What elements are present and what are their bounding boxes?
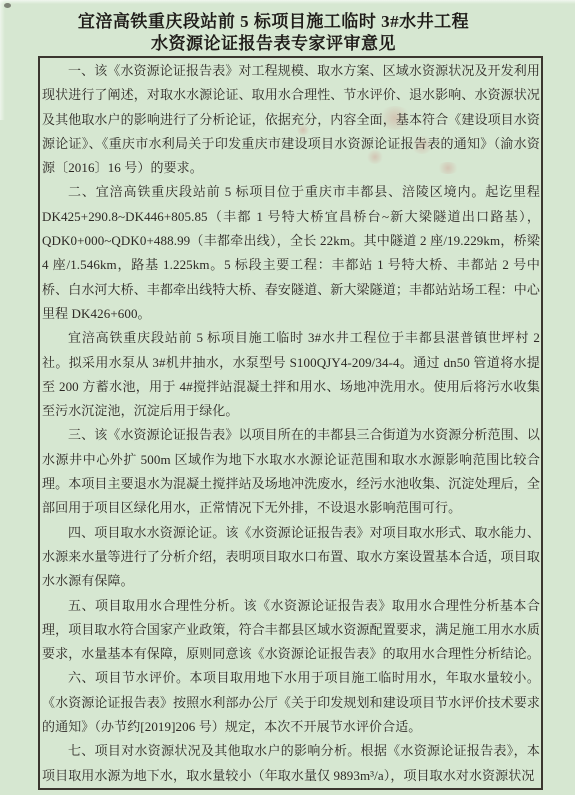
review-paragraph-4: 四、项目取水水资源论证。该《水资源论证报告表》对项目取水形式、取水能力、水源来水… bbox=[42, 521, 540, 594]
review-paragraph-2: 二、宜涪高铁重庆段站前 5 标项目位于重庆市丰都县、涪陵区境内。起讫里程 DK4… bbox=[42, 180, 540, 326]
document-title: 宜涪高铁重庆段站前 5 标项目施工临时 3#水井工程 水资源论证报告表专家评审意… bbox=[0, 11, 561, 55]
review-paragraph-3: 三、该《水资源论证报告表》以项目所在的丰都县三合街道为水资源分析范围、以水源井中… bbox=[42, 423, 540, 520]
review-paragraph-6: 六、项目节水评价。本项目取用地下水用于项目施工临时用水，年取水量较小。《水资源论… bbox=[42, 666, 540, 739]
review-paragraph-1: 一、该《水资源论证报告表》对工程规模、取水方案、区域水资源状况及开发利用现状进行… bbox=[42, 59, 540, 180]
document-title-line1: 宜涪高铁重庆段站前 5 标项目施工临时 3#水井工程 bbox=[0, 11, 561, 33]
scanned-document-page: 宜涪高铁重庆段站前 5 标项目施工临时 3#水井工程 水资源论证报告表专家评审意… bbox=[0, 0, 575, 795]
review-paragraph-2b: 宜涪高铁重庆段站前 5 标项目施工临时 3#水井工程位于丰都县湛普镇世坪村 2 … bbox=[42, 326, 540, 423]
document-title-line2: 水资源论证报告表专家评审意见 bbox=[0, 33, 561, 55]
review-opinion-box: 一、该《水资源论证报告表》对工程规模、取水方案、区域水资源状况及开发利用现状进行… bbox=[38, 56, 543, 790]
review-paragraph-5: 五、项目取用水合理性分析。该《水资源论证报告表》取用水合理性分析基本合理，项目取… bbox=[42, 594, 540, 667]
scan-edge-artifact bbox=[0, 0, 575, 4]
scan-speck-artifact bbox=[4, 3, 11, 8]
review-paragraph-7: 七、项目对水资源状况及其他取水户的影响分析。根据《水资源论证报告表》，本项目取用… bbox=[42, 739, 540, 788]
